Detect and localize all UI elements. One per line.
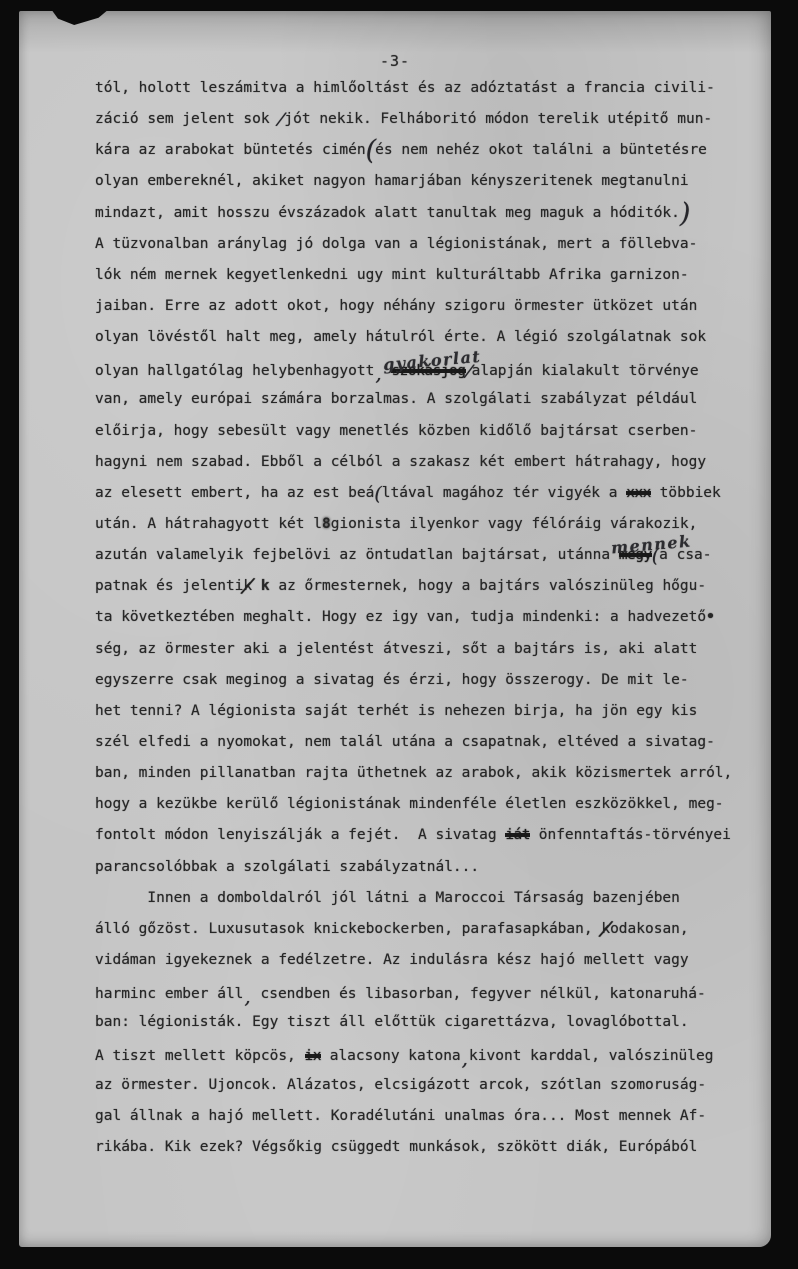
typed-text: mindazt, amit hosszu évszázadok alatt ta…: [95, 205, 680, 221]
text-line: A tüzvonalban aránylag jó dolga van a lé…: [95, 229, 767, 260]
handwritten-mark: ,: [462, 1046, 468, 1070]
text-line: lók ném mernek kegyetlenkedni ugy mint k…: [95, 260, 767, 291]
text-line: parancsolóbbak a szolgálati szabályzatná…: [95, 852, 767, 883]
document-page: -3- tól, holott leszámitva a himlőoltást…: [19, 11, 771, 1247]
typed-text: olyan lövéstől halt meg, amely hátulról …: [95, 329, 706, 345]
text-line: mindazt, amit hosszu évszázadok alatt ta…: [95, 198, 767, 229]
typed-text: van, amely európai számára borzalmas. A …: [95, 391, 697, 407]
text-line: előirja, hogy sebesült vagy menetlés köz…: [95, 416, 767, 447]
text-line: ban: légionisták. Egy tiszt áll előttük …: [95, 1007, 767, 1038]
text-line: záció sem jelent sok /jót nekik. Felhábo…: [95, 104, 767, 135]
text-line: hogy a kezükbe kerülő légionistának mind…: [95, 789, 767, 820]
typewritten-text: tól, holott leszámitva a himlőoltást és …: [95, 73, 767, 1163]
text-line: gal állnak a hajó mellett. Koradélutáni …: [95, 1101, 767, 1132]
handwritten-mark: ,: [375, 361, 381, 385]
typed-text: Innen a domboldalról jól látni a Marocco…: [95, 890, 680, 906]
typed-text: alapján kialakult törvénye: [472, 363, 699, 379]
text-line: tól, holott leszámitva a himlőoltást és …: [95, 73, 767, 104]
text-line: szél elfedi a nyomokat, nem talál utána …: [95, 727, 767, 758]
typed-text: kára az arabokat büntetés cimén: [95, 142, 366, 158]
typed-text: egyszerre csak meginog a sivatag és érzi…: [95, 672, 689, 688]
typed-text: hogy a kezükbe kerülő légionistának mind…: [95, 796, 724, 812]
text-line: Innen a domboldalról jól látni a Marocco…: [95, 883, 767, 914]
overtyped-text: •: [706, 609, 715, 625]
typed-text: ta következtében meghalt. Hogy ez igy va…: [95, 609, 706, 625]
text-line: olyan embereknél, akiket nagyon hamarjáb…: [95, 166, 767, 197]
typed-text: lók ném mernek kegyetlenkedni ugy mint k…: [95, 267, 689, 283]
typed-text: kivont karddal, valószinüleg: [469, 1048, 713, 1064]
text-line: egyszerre csak meginog a sivatag és érzi…: [95, 665, 767, 696]
typed-text: k/: [243, 578, 252, 594]
text-line: ban, minden pillanatban rajta üthetnek a…: [95, 758, 767, 789]
typed-text: A tüzvonalban aránylag jó dolga van a lé…: [95, 236, 697, 252]
text-line: kára az arabokat büntetés cimén(és nem n…: [95, 135, 767, 166]
typed-text: előirja, hogy sebesült vagy menetlés köz…: [95, 423, 697, 439]
overtyped-text: k: [252, 578, 269, 594]
typed-text: gal állnak a hajó mellett. Koradélutáni …: [95, 1108, 706, 1124]
typed-text: hagyni nem szabad. Ebből a célból a szak…: [95, 454, 706, 470]
text-line: patnak és jelentik/ k az őrmesternek, ho…: [95, 571, 767, 602]
typed-text: alacsony katona: [321, 1048, 461, 1064]
handwritten-mark: (: [366, 135, 376, 166]
text-line: vidáman igyekeznek a fedélzetre. Az indu…: [95, 945, 767, 976]
typed-text: harminc ember áll: [95, 986, 243, 1002]
struck-out-text: ix: [305, 1048, 321, 1064]
typed-text: vidáman igyekeznek a fedélzetre. Az indu…: [95, 952, 689, 968]
typed-text: az örmester. Ujoncok. Alázatos, elcsigáz…: [95, 1077, 706, 1093]
scanned-document: -3- tól, holott leszámitva a himlőoltást…: [0, 0, 798, 1269]
typed-text: az elesett embert, ha az est beá: [95, 485, 374, 501]
typed-text: álló gőzöst. Luxusutasok knickebockerben…: [95, 921, 601, 937]
typed-text: többiek: [651, 485, 721, 501]
text-line: A tiszt mellett köpcös, ix alacsony kato…: [95, 1038, 767, 1069]
typed-text: ség, az örmester aki a jelentést átveszi…: [95, 641, 697, 657]
text-line: rikába. Kik ezek? Végsőkig csüggedt munk…: [95, 1132, 767, 1163]
typed-text: ban, minden pillanatban rajta üthetnek a…: [95, 765, 732, 781]
text-line: hagyni nem szabad. Ebből a célból a szak…: [95, 447, 767, 478]
typed-text: rikába. Kik ezek? Végsőkig csüggedt munk…: [95, 1139, 697, 1155]
text-line: fontolt módon lenyiszálják a fejét. A si…: [95, 820, 767, 851]
typed-text: fontolt módon lenyiszálják a fejét. A si…: [95, 827, 505, 843]
text-line: ség, az örmester aki a jelentést átveszi…: [95, 634, 767, 665]
typed-text: jót nekik. Felháboritó módon terelik uté…: [284, 111, 712, 127]
handwritten-mark: ): [680, 198, 690, 229]
torn-edge: [51, 9, 109, 25]
typed-text: patnak és jelenti: [95, 578, 243, 594]
typed-text: csendben és libasorban, fegyver nélkül, …: [252, 986, 706, 1002]
typed-text: jaiban. Erre az adott okot, hogy néhány …: [95, 298, 697, 314]
typed-text: k/: [601, 921, 610, 937]
handwritten-mark: ,: [244, 984, 250, 1008]
typed-text: olyan embereknél, akiket nagyon hamarjáb…: [95, 173, 689, 189]
typed-text: het tenni? A légionista saját terhét is …: [95, 703, 697, 719]
typed-text: ban: légionisták. Egy tiszt áll előttük …: [95, 1014, 689, 1030]
text-line: olyan hallgatólag helybenhagyott, szokás…: [95, 353, 767, 384]
struck-out-text: megymennek: [619, 547, 652, 563]
typed-text: az őrmesternek, hogy a bajtárs valószinü…: [270, 578, 707, 594]
text-line: het tenni? A légionista saját terhét is …: [95, 696, 767, 727]
page-number: -3-: [19, 52, 771, 70]
typed-text: ltával magához tér vigyék a: [382, 485, 626, 501]
text-line: jaiban. Erre az adott okot, hogy néhány …: [95, 291, 767, 322]
text-line: álló gőzöst. Luxusutasok knickebockerben…: [95, 914, 767, 945]
text-line: az elesett embert, ha az est beá(ltával …: [95, 478, 767, 509]
typed-text: után. A hátrahagyott két l: [95, 516, 322, 532]
text-line: azután valamelyik fejbelövi az öntudatla…: [95, 540, 767, 571]
typed-text: záció sem jelent sok: [95, 111, 278, 127]
struck-out-text: xxx: [626, 485, 651, 501]
typed-text: azután valamelyik fejbelövi az öntudatla…: [95, 547, 619, 563]
overtyped-text: 8: [322, 516, 331, 532]
handwritten-mark: (: [374, 483, 381, 505]
typed-text: odakosan,: [610, 921, 689, 937]
typed-text: önfenntaftás-törvényei: [530, 827, 731, 843]
text-line: van, amely európai számára borzalmas. A …: [95, 384, 767, 415]
text-line: harminc ember áll, csendben és libasorba…: [95, 976, 767, 1007]
typed-text: és nem nehéz okot találni a büntetésre: [375, 142, 707, 158]
struck-out-text: iát: [505, 827, 530, 843]
typed-text: A tiszt mellett köpcös,: [95, 1048, 305, 1064]
typed-text: olyan hallgatólag helybenhagyott: [95, 363, 374, 379]
text-line: az örmester. Ujoncok. Alázatos, elcsigáz…: [95, 1070, 767, 1101]
typed-text: tól, holott leszámitva a himlőoltást és …: [95, 80, 715, 96]
typed-text: szél elfedi a nyomokat, nem talál utána …: [95, 734, 715, 750]
struck-out-text: szokásjoggyakorlat: [391, 363, 465, 379]
typed-text: parancsolóbbak a szolgálati szabályzatná…: [95, 859, 479, 875]
text-line: ta következtében meghalt. Hogy ez igy va…: [95, 602, 767, 633]
